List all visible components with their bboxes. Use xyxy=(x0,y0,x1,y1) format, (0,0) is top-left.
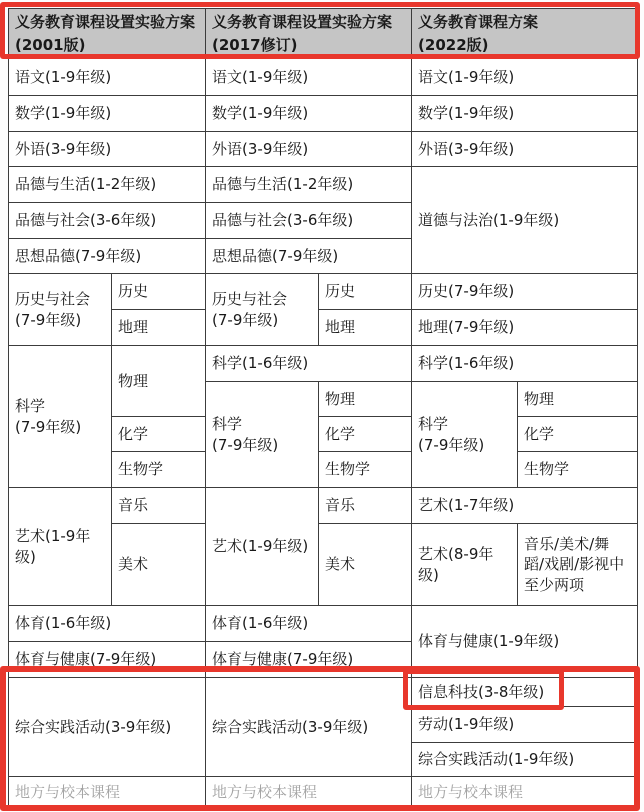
cell-fine-arts-2001: 美术 xyxy=(112,524,206,606)
cell-science-group-2001: 科学 (7-9年级) xyxy=(9,346,112,488)
cell-geography-2022: 地理(7-9年级) xyxy=(412,310,638,346)
cell-morality-law-2022: 道德与法治(1-9年级) xyxy=(412,167,638,274)
cell-pe-health-2017: 体育与健康(7-9年级) xyxy=(206,642,412,678)
cell-geography-2017: 地理 xyxy=(319,310,412,346)
cell-labor-2022: 劳动(1-9年级) xyxy=(412,707,638,743)
cell-math-2022: 数学(1-9年级) xyxy=(412,96,638,132)
row-pe-primary: 体育(1-6年级) 体育(1-6年级) 体育与健康(1-9年级) xyxy=(9,606,638,642)
row-music: 艺术(1-9年级) 音乐 艺术(1-9年级) 音乐 艺术(1-7年级) xyxy=(9,488,638,524)
cell-chemistry-2022: 化学 xyxy=(518,417,638,452)
cell-history-2001: 历史 xyxy=(112,274,206,310)
cell-math-2001: 数学(1-9年级) xyxy=(9,96,206,132)
cell-science-primary-2022: 科学(1-6年级) xyxy=(412,346,638,382)
row-local-courses: 地方与校本课程 地方与校本课程 地方与校本课程 xyxy=(9,777,638,809)
cell-arts-options-2022: 音乐/美术/舞 蹈/戏剧/影视中 至少两项 xyxy=(518,524,638,606)
row-science-primary: 科学 (7-9年级) 物理 科学(1-6年级) 科学(1-6年级) xyxy=(9,346,638,382)
cell-history-2017: 历史 xyxy=(319,274,412,310)
cell-fine-arts-2017: 美术 xyxy=(319,524,412,606)
header-plan-2022: 义务教育课程方案 (2022版) xyxy=(412,9,638,59)
cell-history-2022: 历史(7-9年级) xyxy=(412,274,638,310)
cell-arts-1-7-2022: 艺术(1-7年级) xyxy=(412,488,638,524)
row-info-tech: 综合实践活动(3-9年级) 综合实践活动(3-9年级) 信息科技(3-8年级) xyxy=(9,678,638,707)
cell-chinese-2017: 语文(1-9年级) xyxy=(206,59,412,96)
row-morality-life: 品德与生活(1-2年级) 品德与生活(1-2年级) 道德与法治(1-9年级) xyxy=(9,167,638,203)
cell-arts-group-2001: 艺术(1-9年级) xyxy=(9,488,112,606)
cell-physics-2001: 物理 xyxy=(112,346,206,417)
cell-chinese-2001: 语文(1-9年级) xyxy=(9,59,206,96)
cell-science-group-2022: 科学 (7-9年级) xyxy=(412,382,518,488)
cell-foreign-2017: 外语(3-9年级) xyxy=(206,132,412,167)
row-math: 数学(1-9年级) 数学(1-9年级) 数学(1-9年级) xyxy=(9,96,638,132)
cell-arts-8-9-2022: 艺术(8-9年级) xyxy=(412,524,518,606)
row-history: 历史与社会 (7-9年级) 历史 历史与社会 (7-9年级) 历史 历史(7-9… xyxy=(9,274,638,310)
cell-morality-society-2001: 品德与社会(3-6年级) xyxy=(9,203,206,239)
cell-local-2017: 地方与校本课程 xyxy=(206,777,412,809)
cell-music-2001: 音乐 xyxy=(112,488,206,524)
header-plan-2017: 义务教育课程设置实验方案 (2017修订) xyxy=(206,9,412,59)
cell-local-2001: 地方与校本课程 xyxy=(9,777,206,809)
cell-chemistry-2001: 化学 xyxy=(112,417,206,452)
cell-practice-2022: 综合实践活动(1-9年级) xyxy=(412,743,638,777)
cell-histsoc-group-2001: 历史与社会 (7-9年级) xyxy=(9,274,112,346)
cell-biology-2001: 生物学 xyxy=(112,452,206,488)
cell-ideology-2001: 思想品德(7-9年级) xyxy=(9,239,206,274)
cell-pe-health-2001: 体育与健康(7-9年级) xyxy=(9,642,206,678)
cell-science-group-2017: 科学 (7-9年级) xyxy=(206,382,319,488)
cell-biology-2022: 生物学 xyxy=(518,452,638,488)
cell-foreign-2022: 外语(3-9年级) xyxy=(412,132,638,167)
cell-foreign-2001: 外语(3-9年级) xyxy=(9,132,206,167)
cell-morality-society-2017: 品德与社会(3-6年级) xyxy=(206,203,412,239)
cell-histsoc-group-2017: 历史与社会 (7-9年级) xyxy=(206,274,319,346)
header-row: 义务教育课程设置实验方案 (2001版) 义务教育课程设置实验方案 (2017修… xyxy=(9,9,638,59)
cell-morality-life-2001: 品德与生活(1-2年级) xyxy=(9,167,206,203)
cell-arts-group-2017: 艺术(1-9年级) xyxy=(206,488,319,606)
cell-physics-2017: 物理 xyxy=(319,382,412,417)
cell-chemistry-2017: 化学 xyxy=(319,417,412,452)
cell-pe-health-2022: 体育与健康(1-9年级) xyxy=(412,606,638,678)
row-foreign-language: 外语(3-9年级) 外语(3-9年级) 外语(3-9年级) xyxy=(9,132,638,167)
cell-local-2022: 地方与校本课程 xyxy=(412,777,638,809)
cell-geography-2001: 地理 xyxy=(112,310,206,346)
cell-morality-life-2017: 品德与生活(1-2年级) xyxy=(206,167,412,203)
cell-biology-2017: 生物学 xyxy=(319,452,412,488)
cell-practice-2017: 综合实践活动(3-9年级) xyxy=(206,678,412,777)
cell-info-tech-2022: 信息科技(3-8年级) xyxy=(412,678,638,707)
cell-math-2017: 数学(1-9年级) xyxy=(206,96,412,132)
cell-science-primary-2017: 科学(1-6年级) xyxy=(206,346,412,382)
cell-music-2017: 音乐 xyxy=(319,488,412,524)
cell-practice-2001: 综合实践活动(3-9年级) xyxy=(9,678,206,777)
curriculum-comparison-page: 义务教育课程设置实验方案 (2001版) 义务教育课程设置实验方案 (2017修… xyxy=(0,0,644,812)
cell-ideology-2017: 思想品德(7-9年级) xyxy=(206,239,412,274)
cell-pe-2017: 体育(1-6年级) xyxy=(206,606,412,642)
row-chinese: 语文(1-9年级) 语文(1-9年级) 语文(1-9年级) xyxy=(9,59,638,96)
cell-physics-2022: 物理 xyxy=(518,382,638,417)
header-plan-2001: 义务教育课程设置实验方案 (2001版) xyxy=(9,9,206,59)
cell-chinese-2022: 语文(1-9年级) xyxy=(412,59,638,96)
curriculum-comparison-table: 义务教育课程设置实验方案 (2001版) 义务教育课程设置实验方案 (2017修… xyxy=(8,8,638,809)
cell-pe-2001: 体育(1-6年级) xyxy=(9,606,206,642)
